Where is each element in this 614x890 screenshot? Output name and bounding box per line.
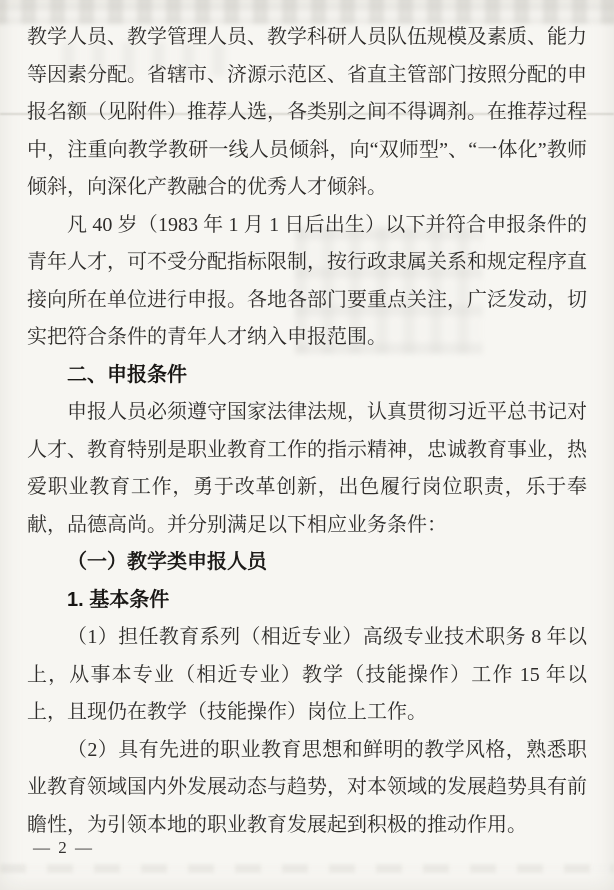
paragraph-young-talent: 凡 40 岁（1983 年 1 月 1 日后出生）以下并符合申报条件的青年人才，… [27, 207, 587, 357]
paragraph-condition-1: （1）担任教育系列（相近专业）高级专业技术职务 8 年以上，从事本专业（相近专业… [27, 619, 587, 732]
scan-streak-bottom [0, 864, 614, 873]
section-heading-application-conditions: 二、申报条件 [27, 357, 587, 395]
scanned-document-page: 教学人员、教学管理人员、教学科研人员队伍规模及素质、能力等因素分配。省辖市、济源… [0, 0, 614, 890]
page-number: — 2 — [33, 838, 94, 858]
document-body: 教学人员、教学管理人员、教学科研人员队伍规模及素质、能力等因素分配。省辖市、济源… [27, 19, 587, 844]
minor-heading-basic-conditions: 1. 基本条件 [27, 582, 587, 620]
paragraph-condition-2: （2）具有先进的职业教育思想和鲜明的教学风格，熟悉职业教育领域国内外发展动态与趋… [27, 732, 587, 845]
paragraph-quota-allocation: 教学人员、教学管理人员、教学科研人员队伍规模及素质、能力等因素分配。省辖市、济源… [27, 19, 587, 207]
sub-heading-teaching-applicants: （一）教学类申报人员 [27, 544, 587, 582]
paragraph-general-requirements: 申报人员必须遵守国家法律法规，认真贯彻习近平总书记对人才、教育特别是职业教育工作… [27, 394, 587, 544]
